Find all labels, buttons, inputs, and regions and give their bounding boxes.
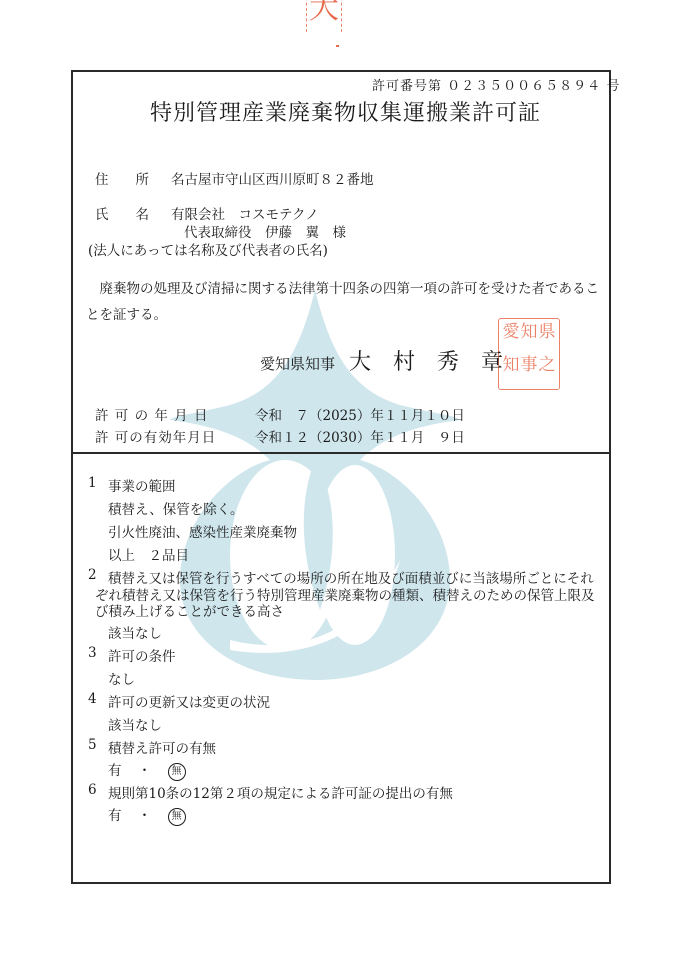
top-seal-stamp: 大 [306, 0, 342, 32]
item-line: 引火性廃油、感染性産業廃棄物 [108, 521, 297, 541]
seal-dot [336, 45, 339, 47]
choice-yes: 有 [108, 763, 122, 779]
seal-char: 県 [538, 321, 556, 354]
company-name: 有限会社 コスモテクノ [171, 203, 319, 223]
item-line: 該当なし [108, 622, 162, 642]
item-number: 2 [88, 567, 97, 583]
item-number: 5 [88, 737, 97, 753]
seal-char: 之 [538, 354, 556, 387]
item-line: 積替え、保管を除く。 [108, 498, 244, 518]
issuer-signature: 愛知県知事大村秀章 [260, 345, 525, 376]
address-label: 住 所 [95, 168, 149, 188]
item-number: 6 [88, 782, 97, 798]
statement-line-1: 廃棄物の処理及び清掃に関する法律第十四条の四第一項の許可を受けた者であるこ [86, 277, 599, 297]
certificate-title: 特別管理産業廃棄物収集運搬業許可証 [150, 96, 541, 127]
permit-date-value: 令和 ７（2025）年１１月１０日 [255, 404, 465, 424]
expiry-date-value: 令和１２（2030）年１１月 ９日 [255, 426, 465, 446]
item-number: 4 [88, 691, 97, 707]
permit-number: 許可番号第 ０２３５００６５８９４ 号 [372, 75, 620, 94]
item-heading: 積替え許可の有無 [108, 737, 216, 757]
choice-separator: ・ [138, 808, 152, 824]
permit-date-label: 許 可 の 年 月 日 [95, 404, 208, 424]
item-line: なし [108, 668, 135, 688]
permit-number-suffix: 号 [606, 79, 620, 94]
item-heading: 許可の条件 [108, 645, 176, 665]
item-line: 以上 ２品目 [108, 544, 189, 564]
section-divider [71, 452, 611, 454]
choice-no-circled: 無 [168, 763, 186, 781]
transfer-permit-choice: 有 ・ 無 [108, 759, 186, 781]
item-number: 1 [88, 475, 97, 491]
item-heading-cont: び積み上げることができる高さ [95, 600, 284, 620]
representative-name: 代表取締役 伊藤 翼 様 [184, 221, 346, 241]
permit-number-value: ０２３５００６５８９４ [447, 79, 601, 94]
name-label: 氏 名 [95, 203, 149, 223]
top-seal-glyph: 大 [309, 0, 339, 24]
item-heading: 許可の更新又は変更の状況 [108, 691, 270, 711]
expiry-date-label: 許 可の有効年月日 [95, 426, 216, 446]
issuer-position: 愛知県知事 [260, 355, 335, 373]
submission-choice: 有 ・ 無 [108, 804, 186, 826]
statement-line-2: とを証する。 [86, 303, 167, 323]
permit-number-label: 許可番号第 [372, 79, 442, 94]
item-heading: 事業の範囲 [108, 475, 176, 495]
item-number: 3 [88, 645, 97, 661]
choice-no-circled: 無 [168, 808, 186, 826]
item-line: 該当なし [108, 714, 162, 734]
item-heading: 規則第10条の12第２項の規定による許可証の提出の有無 [108, 782, 453, 802]
name-note: (法人にあっては名称及び代表者の氏名) [88, 239, 328, 259]
choice-separator: ・ [138, 763, 152, 779]
issuer-name: 大村秀章 [349, 350, 525, 375]
address-value: 名古屋市守山区西川原町８２番地 [171, 168, 374, 188]
choice-yes: 有 [108, 808, 122, 824]
